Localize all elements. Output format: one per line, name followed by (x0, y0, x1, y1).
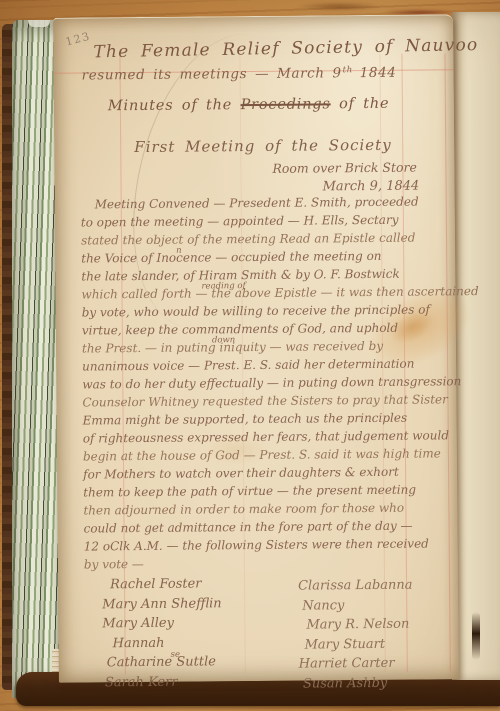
inserted-words: reading of (201, 277, 245, 295)
member-name: Mary Alley (102, 613, 222, 634)
member-name: Mary R. Nelson (306, 615, 413, 635)
member-name: Sarah Kerr (105, 672, 223, 693)
inserted-letters: se (171, 646, 181, 666)
members-left-column: Rachel Foster Mary Ann Shefflin Mary All… (102, 574, 222, 692)
struck-word: Procedings (240, 96, 330, 113)
members-right-column: Clarissa Labanna Nancy Mary R. Nelson Ma… (298, 576, 413, 694)
gutter-shadow (472, 612, 480, 660)
minutes-body: Meeting Convened — Presedent E. Smith, p… (81, 192, 458, 573)
body-line: by vote — (84, 552, 458, 573)
title-line-2-year: 1844 (352, 65, 397, 81)
member-name: Hannah (112, 633, 222, 653)
body-line-text: which called forth — the above Epistle —… (81, 284, 478, 301)
title-line-3-suffix: of the (331, 96, 390, 113)
title-line-2: resumed its meetings — March 9th 1844 (82, 65, 397, 84)
member-name: Rachel Foster (110, 574, 222, 594)
title-line-4: First Meeting of the Society (134, 136, 392, 156)
title-line-1: The Female Relief Society of Nauvoo (93, 35, 478, 62)
member-name: Mary Stuart (305, 634, 414, 654)
inserted-word: down (212, 331, 235, 349)
superscript-th: th (343, 65, 353, 75)
wood-grain-knot (296, 2, 382, 11)
member-name: Mary Ann Shefflin (102, 594, 222, 615)
page-number: 123 (64, 30, 92, 49)
member-name: Clarissa Labanna (298, 576, 413, 596)
location-line: Room over Brick Store (272, 160, 417, 176)
title-line-2-text: resumed its meetings — March 9 (82, 65, 342, 83)
member-name: Harriet Carter (299, 654, 414, 674)
manuscript-photo: ht tf i when th with of it & th was how … (0, 0, 500, 711)
title-line-3: Minutes of the Procedings of the (108, 96, 390, 114)
member-name: seCatharine Suttle (107, 652, 223, 673)
body-line-text: the Voice of Inocence — occupied the mee… (81, 249, 381, 266)
member-name: Susan Ashby (303, 673, 414, 693)
torn-page-edge (28, 20, 50, 27)
title-line-3-prefix: Minutes of the (108, 97, 241, 114)
inserted-word: n (176, 242, 182, 260)
member-name-text: Catharine Suttle (107, 654, 216, 670)
manuscript-page: 123 The Female Relief Society of Nauvoo … (53, 14, 459, 682)
member-name: Nancy (302, 595, 413, 615)
next-page-edge: ht tf i when th with of it & th was how … (452, 12, 500, 680)
